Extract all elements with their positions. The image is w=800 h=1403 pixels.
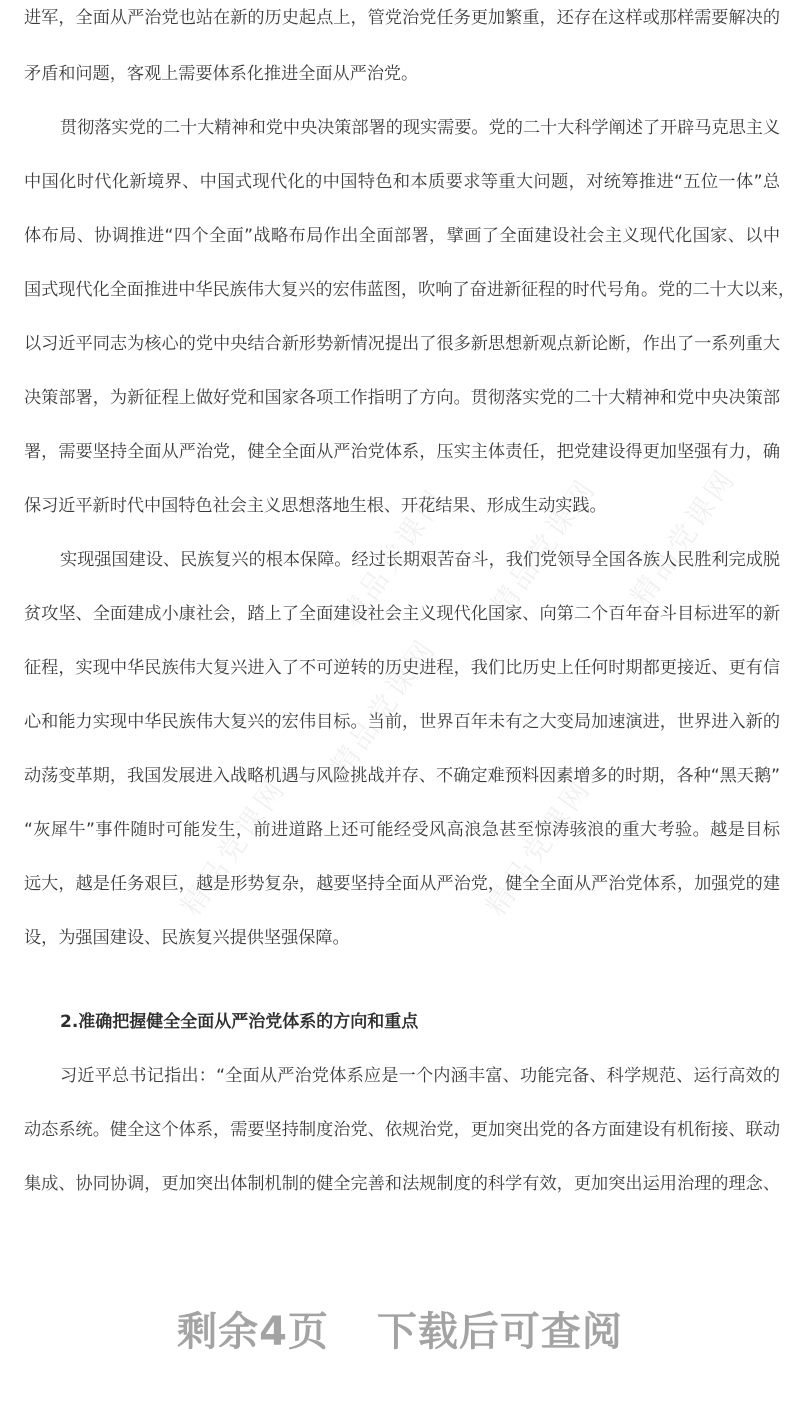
watermark-text: 精品党课网 bbox=[170, 769, 295, 923]
remaining-pages-label: 剩余4页 bbox=[177, 1309, 329, 1355]
text-line: 决策部署，为新征程上做好党和国家各项工作指明了方向。贯彻落实党的二十大精神和党中… bbox=[24, 388, 780, 408]
download-more-banner[interactable]: 剩余4页下载后可查阅 bbox=[0, 1300, 800, 1357]
text-line: 署，需要坚持全面从严治党，健全全面从严治党体系，压实主体责任，把党建设得更加坚强… bbox=[24, 442, 780, 462]
text-line: 体布局、协调推进“四个全面”战略布局作出全面部署，擘画了全面建设社会主义现代化国… bbox=[24, 226, 780, 246]
watermark-text: 精品党课网 bbox=[475, 769, 600, 923]
text-line: 集成、协同协调，更加突出体制机制的健全完善和法规制度的科学有效，更加突出运用治理… bbox=[24, 1174, 780, 1194]
text-line: 中国化时代化新境界、中国式现代化的中国特色和本质要求等重大问题，对统筹推进“五位… bbox=[24, 172, 780, 192]
watermark-text: 精品党课网 bbox=[480, 469, 605, 623]
text-line: “灰犀牛”事件随时可能发生，前进道路上还可能经受风高浪急甚至惊涛骇浪的重大考验。… bbox=[24, 820, 780, 840]
text-line: 实现强国建设、民族复兴的根本保障。经过长期艰苦奋斗，我们党领导全国各族人民胜利完… bbox=[24, 550, 780, 570]
text-line: 征程，实现中华民族伟大复兴进入了不可逆转的历史进程，我们比历史上任何时期都更接近… bbox=[24, 658, 780, 678]
text-line: 保习近平新时代中国特色社会主义思想落地生根、开花结果、形成生动实践。 bbox=[24, 496, 780, 516]
text-line: 心和能力实现中华民族伟大复兴的宏伟目标。当前，世界百年未有之大变局加速演进，世界… bbox=[24, 712, 780, 732]
watermark-text: 精品党课网 bbox=[320, 629, 445, 783]
text-line: 习近平总书记指出：“全面从严治党体系应是一个内涵丰富、功能完备、科学规范、运行高… bbox=[24, 1066, 780, 1086]
text-line: 贯彻落实党的二十大精神和党中央决策部署的现实需要。党的二十大科学阐述了开辟马克思… bbox=[24, 118, 780, 138]
text-line: 远大，越是任务艰巨，越是形势复杂，越要坚持全面从严治党，健全全面从严治党体系，加… bbox=[24, 874, 780, 894]
text-line: 国式现代化全面推进中华民族伟大复兴的宏伟蓝图，吹响了奋进新征程的时代号角。党的二… bbox=[24, 280, 780, 300]
text-line: 矛盾和问题，客观上需要体系化推进全面从严治党。 bbox=[24, 64, 780, 84]
text-line: 动态系统。健全这个体系，需要坚持制度治党、依规治党，更加突出党的各方面建设有机衔… bbox=[24, 1120, 780, 1140]
watermark-text: 精品党课网 bbox=[620, 459, 745, 613]
text-line: 设，为强国建设、民族复兴提供坚强保障。 bbox=[24, 928, 780, 948]
text-line: 贫攻坚、全面建成小康社会，踏上了全面建设社会主义现代化国家、向第二个百年奋斗目标… bbox=[24, 604, 780, 624]
text-line: 动荡变革期，我国发展进入战略机遇与风险挑战并存、不确定难预料因素增多的时期，各种… bbox=[24, 766, 780, 786]
download-to-view-label: 下载后可查阅 bbox=[377, 1309, 623, 1355]
text-line: 进军，全面从严治党也站在新的历史起点上，管党治党任务更加繁重，还存在这样或那样需… bbox=[24, 8, 780, 28]
section-heading: 2.准确把握健全全面从严治党体系的方向和重点 bbox=[60, 1012, 418, 1032]
text-line: 以习近平同志为核心的党中央结合新形势新情况提出了很多新思想新观点新论断，作出了一… bbox=[24, 334, 780, 354]
